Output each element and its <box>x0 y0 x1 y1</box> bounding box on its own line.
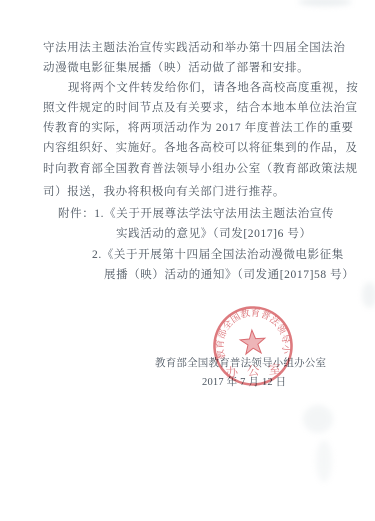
body-line: 动漫微电影征集展播（映）活动做了部署和安排。 <box>43 62 309 75</box>
body-line: 传教育的实际，将两项活动作为 2017 年度普法工作的重要 <box>43 122 354 135</box>
official-seal: 教育部全国教育普法领导小组 办公室 <box>208 301 298 391</box>
scan-artifact <box>303 405 333 433</box>
attachment-item-1-continued: 实践活动的意见》（司发[2017]6 号） <box>116 228 312 241</box>
attachment-item-2: 2.《关于开展第十四届全国法治动漫微电影征集 <box>92 249 344 262</box>
star-icon <box>240 329 266 354</box>
body-line: 照文件规定的时间节点及有关要求，结合本地本单位法治宣 <box>43 102 358 115</box>
body-line: 现将两个文件转发给你们，请各地各高校高度重视，按 <box>68 82 358 95</box>
scan-artifact <box>362 282 375 308</box>
seal-ring-text: 教育部全国教育普法领导小组 <box>208 301 293 361</box>
body-line: 内容组织好、实施好。各地各高校可以将征集到的作品，及 <box>43 142 358 155</box>
body-line: 守法用法主题法治宣传实践活动和举办第十四届全国法治 <box>43 42 346 55</box>
seal-bottom-text: 办公室 <box>225 360 290 379</box>
body-line: 时向教育部全国教育普法领导小组办公室（教育部政策法规 <box>43 163 358 176</box>
body-line: 司）报送，我办将积极向有关部门进行推荐。 <box>43 186 285 199</box>
attachment-item-2-continued: 展播（映）活动的通知》（司发通[2017]58 号） <box>104 269 354 282</box>
scanned-document-page: 守法用法主题法治宣传实践活动和举办第十四届全国法治 动漫微电影征集展播（映）活动… <box>0 0 375 521</box>
attachment-item-1: 附件：1.《关于开展尊法学法守法用法主题法治宣传 <box>58 208 334 221</box>
scan-artifact <box>316 440 332 482</box>
